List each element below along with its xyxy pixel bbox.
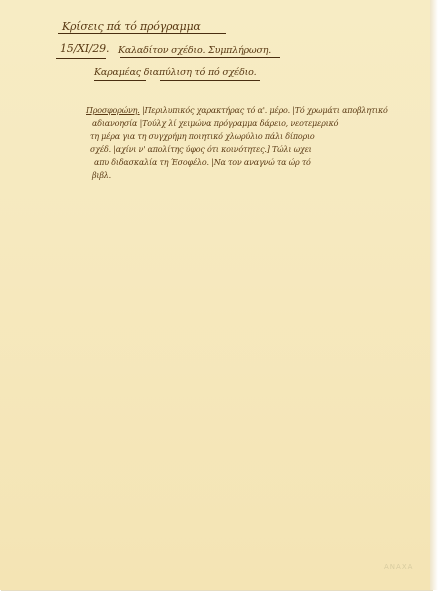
subheading-1: Καλαδίτον σχέδιο. Συμπλήρωση. <box>118 45 271 56</box>
body-line-1: Προσφορώνη. |Περιλυπικός χαρακτήρας τό α… <box>86 104 388 117</box>
document-date: 15/ΧΙ/29. <box>60 42 109 55</box>
body-lead-word: Προσφορώνη. <box>86 106 140 115</box>
document-heading: Κρίσεις πά τό πρόγραμμα <box>62 20 201 33</box>
body-line-text: |Περιλυπικός χαρακτήρας τό α'. μέρο. |Τό… <box>142 106 388 115</box>
body-line-4: σχέδ. |αχίνι ν' απολίτης ύφος ότι κοινότ… <box>86 143 388 156</box>
heading-underline <box>58 33 226 34</box>
archive-stamp: ΑΝΑΧΑ <box>384 563 413 571</box>
body-paragraph: Προσφορώνη. |Περιλυπικός χαρακτήρας τό α… <box>86 104 388 182</box>
subheading-2-underline-b <box>160 80 260 81</box>
body-line-3: τη μέρα για τη συγχρήμη ποιητικό χλωρύλι… <box>86 130 388 143</box>
subheading-1-underline <box>120 57 280 58</box>
date-underline <box>56 58 106 59</box>
manuscript-sheet: Κρίσεις πά τό πρόγραμμα 15/ΧΙ/29. Καλαδί… <box>0 0 432 590</box>
body-line-5: απυ διδασκαλία τη Έσοφέλο. |Να τον αναγν… <box>86 156 388 169</box>
body-line-2: αδιανοησία |Τούλχ λί χειμώνα πρόγραμμα δ… <box>86 117 388 130</box>
body-line-6: βιβλ. <box>86 169 388 182</box>
subheading-2: Καραμέας διαπύλιση τό πό σχέδιο. <box>94 67 256 78</box>
subheading-2-underline-a <box>94 80 146 81</box>
